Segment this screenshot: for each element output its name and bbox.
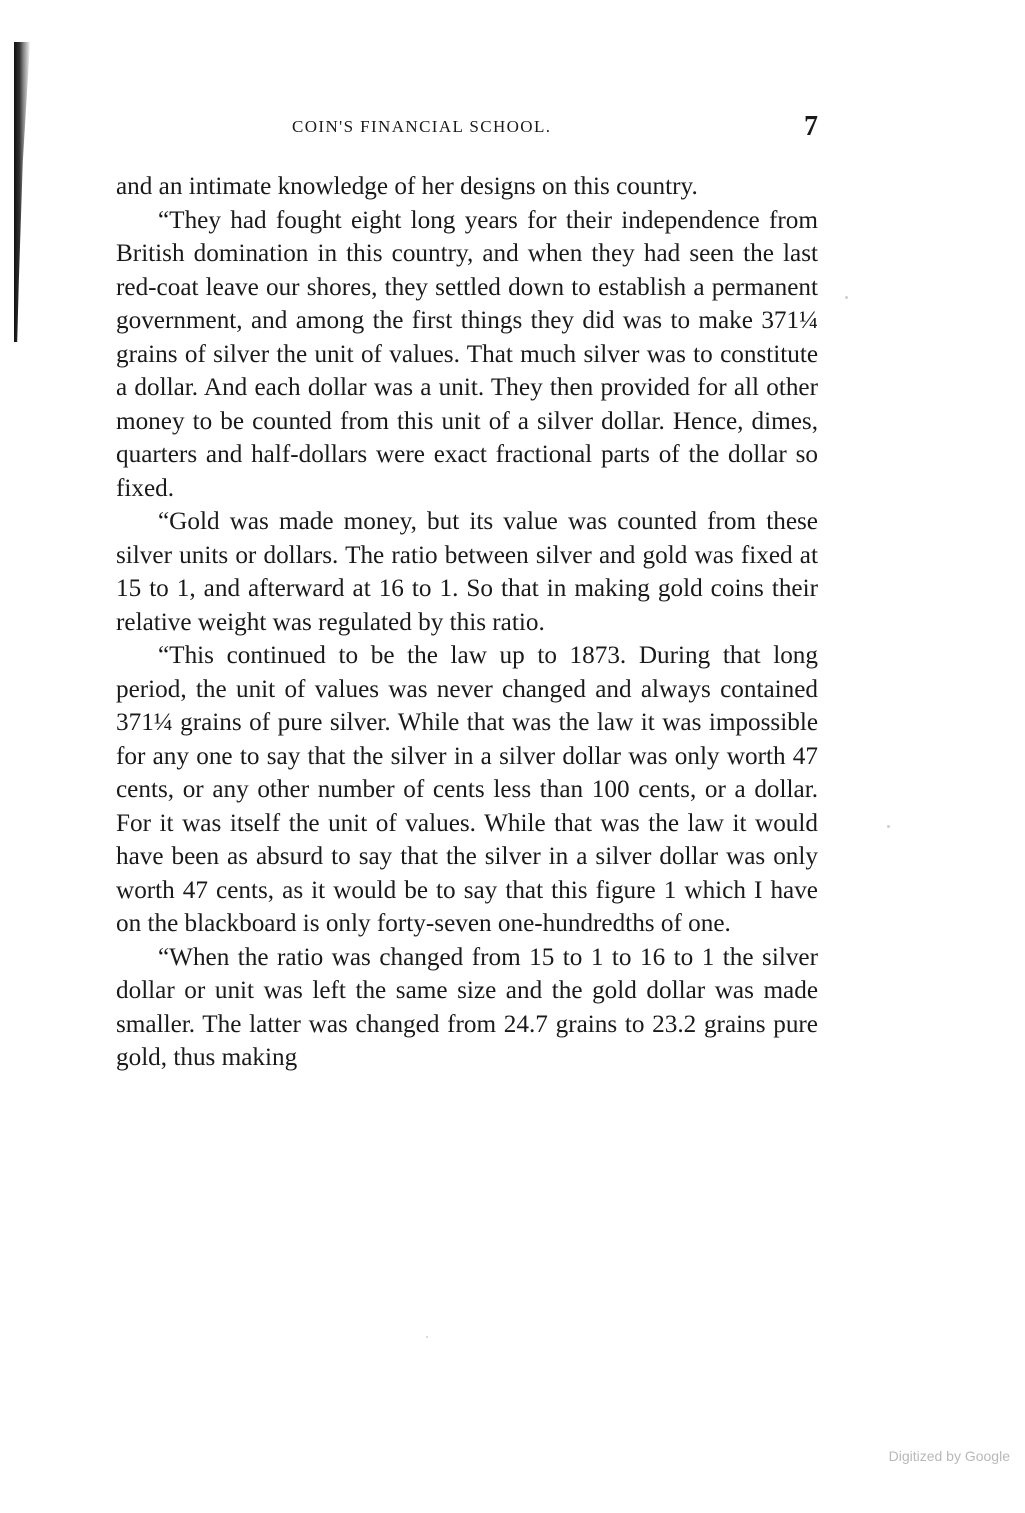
- scan-speck: [845, 296, 848, 299]
- paragraph: and an intimate knowledge of her designs…: [116, 170, 818, 204]
- paragraph: “This continued to be the law up to 1873…: [116, 639, 818, 941]
- digitized-watermark: Digitized by Google: [889, 1448, 1010, 1464]
- running-title: COIN'S FINANCIAL SCHOOL.: [292, 117, 551, 137]
- page-body: and an intimate knowledge of her designs…: [116, 170, 818, 1075]
- paragraph: “Gold was made money, but its value was …: [116, 505, 818, 639]
- scan-binding-edge: [14, 42, 30, 342]
- scan-speck: [887, 825, 890, 828]
- scan-speck: [426, 1336, 428, 1338]
- paragraph: “They had fought eight long years for th…: [116, 204, 818, 506]
- page-number: 7: [804, 111, 818, 143]
- paragraph: “When the ratio was changed from 15 to 1…: [116, 941, 818, 1075]
- page-header: COIN'S FINANCIAL SCHOOL. 7: [116, 113, 818, 143]
